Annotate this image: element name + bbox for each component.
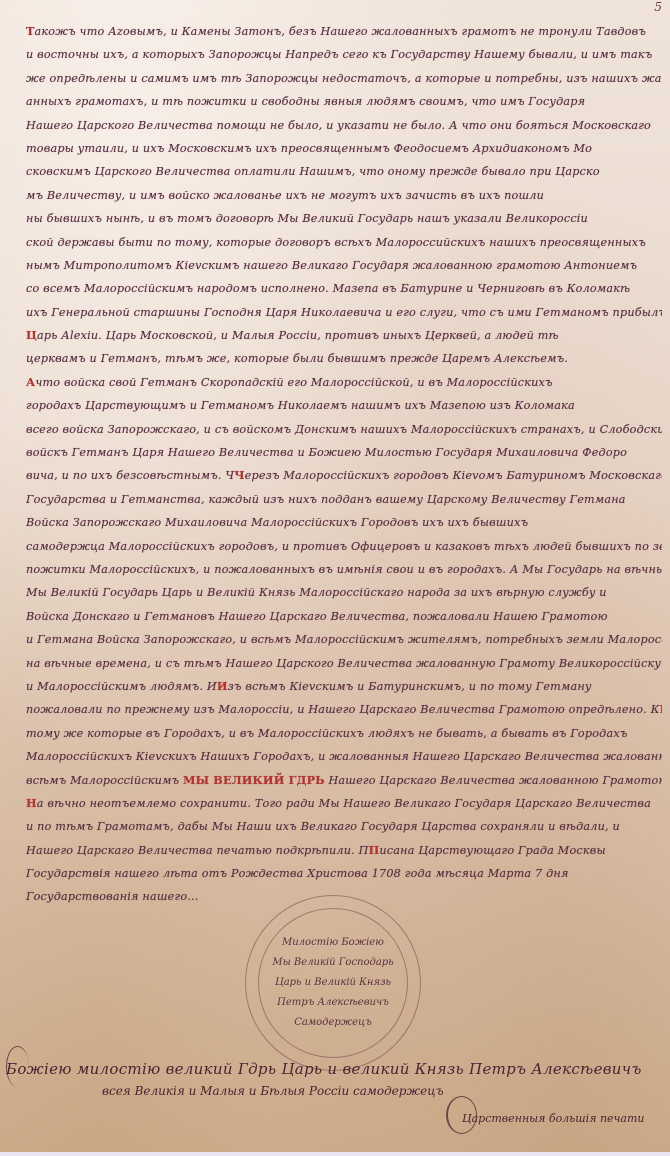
- line-text: и Гетмана Войска Запорожскаго, и всѣмъ М…: [26, 633, 662, 646]
- line-text: и по тѣмъ Грамотамъ, дабы Мы Наши ихъ Ве…: [26, 820, 620, 833]
- line-text: Войска Донскаго и Гетмановъ Нашего Царск…: [26, 610, 608, 623]
- line-text: пожаловали по прежнему изъ Малороссiи, и…: [26, 703, 660, 716]
- manuscript-line: Мы Великiй Государь Царь и Великiй Князь…: [26, 581, 662, 604]
- manuscript-line: На вѣчно неотъемлемо сохранити. Того рад…: [26, 792, 662, 815]
- signature-realm-line: всея Великiя и Малыя и Бѣлыя Россiи само…: [102, 1084, 444, 1098]
- line-text: Государствованiя нашего...: [26, 890, 199, 903]
- signature-title-line: Божiею милостiю великий Гдрь Царь и вели…: [6, 1060, 642, 1078]
- line-text: сковскимъ Царского Величества оплатили Н…: [26, 165, 600, 178]
- manuscript-line: всѣмъ Малороссiйскимъ МЫ ВЕЛИКИЙ ГДРЬ На…: [26, 769, 662, 792]
- line-text: ской державы быти по тому, которые догов…: [26, 236, 646, 249]
- manuscript-line: Такожъ что Аzовымъ, и Камены Затонъ, без…: [26, 20, 662, 43]
- manuscript-line: самодержца Малороссiйскихъ городовъ, и п…: [26, 535, 662, 558]
- manuscript-line: ны бывшихъ нынѣ, и въ томъ договорѣ Мы В…: [26, 207, 662, 230]
- line-text: церквамъ и Гетманъ, тѣмъ же, которые был…: [26, 352, 568, 365]
- line-text: акожъ что Аzовымъ, и Камены Затонъ, безъ…: [35, 25, 647, 38]
- manuscript-line: ихъ Генеральной старшины Господня Царя Н…: [26, 301, 662, 324]
- line-text-tail: исана Царствующаго Града Москвы: [379, 844, 605, 857]
- line-text: со всемъ Малороссiйскимъ народомъ исполн…: [26, 282, 630, 295]
- manuscript-line: войскъ Гетманъ Царя Нашего Величества и …: [26, 441, 662, 464]
- line-text-tail: Нашего Царскаго Величества жалованною Гр…: [325, 774, 662, 787]
- line-text: же опредѣлены и самимъ имъ тѣ Запорожцы …: [26, 72, 662, 85]
- line-text: тому же которые въ Городахъ, и въ Малоро…: [26, 727, 628, 740]
- line-text: самодержца Малороссiйскихъ городовъ, и п…: [26, 540, 662, 553]
- seal-text-line: Петръ Алексѣевичъ: [277, 993, 389, 1013]
- line-text: Государства и Гетманства, каждый изъ них…: [26, 493, 626, 506]
- manuscript-line: Войска Запорожскаго Михаиловича Малоросс…: [26, 511, 662, 534]
- red-highlight: МЫ ВЕЛИКИЙ ГДРЬ: [183, 773, 325, 787]
- manuscript-line: Малороссiйскихъ Кievскихъ Нашихъ Городах…: [26, 745, 662, 768]
- red-highlight: П: [369, 843, 380, 857]
- red-highlight: Ч: [234, 468, 244, 482]
- seal-text-line: Самодержецъ: [294, 1013, 372, 1033]
- manuscript-line: анныхъ грамотахъ, и тѣ пожитки и свободн…: [26, 90, 662, 113]
- scan-bottom-edge: [0, 1152, 670, 1156]
- line-text: что войска свой Гетманъ Скоропадскiй его…: [35, 376, 552, 389]
- manuscript-line: Государствiя нашего лѣта отъ Рождества Х…: [26, 862, 662, 885]
- line-text: и Малороссiйскимъ людямъ. И: [26, 680, 217, 693]
- manuscript-line: и по тѣмъ Грамотамъ, дабы Мы Наши ихъ Ве…: [26, 815, 662, 838]
- manuscript-line: мъ Величеству, и имъ войско жалованье их…: [26, 184, 662, 207]
- line-text: арь Аlexiи. Царь Московской, и Малыя Рос…: [37, 329, 559, 342]
- circular-seal: Милостiю Божiею Мы Великiй Господарь Цар…: [245, 895, 421, 1071]
- line-text: Нашего Царскаго Величества печатью подкр…: [26, 844, 369, 857]
- line-text: Мы Великiй Государь Царь и Великiй Князь…: [26, 586, 607, 599]
- manuscript-line: Нашего Царского Величества помощи не был…: [26, 114, 662, 137]
- line-text: на вѣчные времена, и съ тѣмъ Нашего Царс…: [26, 657, 662, 670]
- manuscript-line: церквамъ и Гетманъ, тѣмъ же, которые был…: [26, 347, 662, 370]
- manuscript-line: вича, и по ихъ безсовѣстнымъ. ЧЧерезъ Ма…: [26, 464, 662, 487]
- line-text: Нашего Царского Величества помощи не был…: [26, 119, 651, 132]
- line-text: Государствiя нашего лѣта отъ Рождества Х…: [26, 867, 569, 880]
- manuscript-line: же опредѣлены и самимъ имъ тѣ Запорожцы …: [26, 67, 662, 90]
- line-text: ны бывшихъ нынѣ, и въ томъ договорѣ Мы В…: [26, 212, 588, 225]
- line-text: ихъ Генеральной старшины Господня Царя Н…: [26, 306, 662, 319]
- line-text: всѣмъ Малороссiйскимъ: [26, 774, 183, 787]
- manuscript-line: Ачто войска свой Гетманъ Скоропадскiй ег…: [26, 371, 662, 394]
- charter-body-text: Такожъ что Аzовымъ, и Камены Затонъ, без…: [26, 20, 662, 909]
- line-text: Малороссiйскихъ Кievскихъ Нашихъ Городах…: [26, 750, 662, 763]
- line-text-tail: ерезъ Малороссiйскихъ городовъ Кievомъ Б…: [245, 469, 662, 482]
- manuscript-line: Войска Донскаго и Гетмановъ Нашего Царск…: [26, 605, 662, 628]
- line-text: Войска Запорожскаго Михаиловича Малоросс…: [26, 516, 528, 529]
- line-text: городахъ Царствующимъ и Гетманомъ Никола…: [26, 399, 575, 412]
- manuscript-line: со всемъ Малороссiйскимъ народомъ исполн…: [26, 277, 662, 300]
- line-text: всего войска Запорожскаго, и съ войскомъ…: [26, 423, 662, 436]
- manuscript-line: и восточны ихъ, а которыхъ Запорожцы Нап…: [26, 43, 662, 66]
- line-text: войскъ Гетманъ Царя Нашего Величества и …: [26, 446, 627, 459]
- manuscript-line: и Гетмана Войска Запорожскаго, и всѣмъ М…: [26, 628, 662, 651]
- line-text: нымъ Митрополитомъ Кievскимъ нашего Вели…: [26, 259, 637, 272]
- seal-text-line: Милостiю Божiею: [282, 933, 384, 953]
- line-text: вича, и по ихъ безсовѣстнымъ. Ч: [26, 469, 234, 482]
- line-text-tail: зъ всѣмъ Кievскимъ и Батуринскимъ, и по …: [228, 680, 592, 693]
- line-text: анныхъ грамотахъ, и тѣ пожитки и свободн…: [26, 95, 585, 108]
- line-text: пожитки Малороссiйскихъ, и пожалованныхъ…: [26, 563, 662, 576]
- red-highlight: К: [660, 702, 662, 716]
- red-initial: Т: [26, 24, 35, 38]
- line-text: мъ Величеству, и имъ войско жалованье их…: [26, 189, 544, 202]
- manuscript-line: на вѣчные времена, и съ тѣмъ Нашего Царс…: [26, 652, 662, 675]
- red-highlight: И: [217, 679, 228, 693]
- line-text: и восточны ихъ, а которыхъ Запорожцы Нап…: [26, 48, 652, 61]
- manuscript-line: городахъ Царствующимъ и Гетманомъ Никола…: [26, 394, 662, 417]
- page-number-mark: 5: [654, 0, 662, 14]
- line-text: товары утаили, и ихъ Московскимъ ихъ пре…: [26, 142, 592, 155]
- manuscript-line: всего войска Запорожскаго, и съ войскомъ…: [26, 418, 662, 441]
- manuscript-sheet: 5 Такожъ что Аzовымъ, и Камены Затонъ, б…: [0, 0, 670, 1152]
- manuscript-line: и Малороссiйскимъ людямъ. ИИзъ всѣмъ Кie…: [26, 675, 662, 698]
- manuscript-line: пожаловали по прежнему изъ Малороссiи, и…: [26, 698, 662, 721]
- red-initial: А: [26, 375, 35, 389]
- red-initial: Ц: [26, 328, 37, 342]
- manuscript-line: товары утаили, и ихъ Московскимъ ихъ пре…: [26, 137, 662, 160]
- manuscript-line: ской державы быти по тому, которые догов…: [26, 231, 662, 254]
- chancery-note-line: Царственныя большiя печати: [462, 1112, 644, 1125]
- manuscript-line: Нашего Царскаго Величества печатью подкр…: [26, 839, 662, 862]
- red-initial: Н: [26, 796, 37, 810]
- manuscript-line: нымъ Митрополитомъ Кievскимъ нашего Вели…: [26, 254, 662, 277]
- seal-inner-ring: Милостiю Божiею Мы Великiй Господарь Цар…: [258, 908, 408, 1058]
- manuscript-line: пожитки Малороссiйскихъ, и пожалованныхъ…: [26, 558, 662, 581]
- manuscript-line: Государства и Гетманства, каждый изъ них…: [26, 488, 662, 511]
- seal-text-line: Царь и Великiй Князь: [275, 973, 391, 993]
- manuscript-line: Царь Аlexiи. Царь Московской, и Малыя Ро…: [26, 324, 662, 347]
- manuscript-line: сковскимъ Царского Величества оплатили Н…: [26, 160, 662, 183]
- line-text: а вѣчно неотъемлемо сохранити. Того ради…: [37, 797, 651, 810]
- manuscript-line: тому же которые въ Городахъ, и въ Малоро…: [26, 722, 662, 745]
- seal-text-line: Мы Великiй Господарь: [272, 953, 393, 973]
